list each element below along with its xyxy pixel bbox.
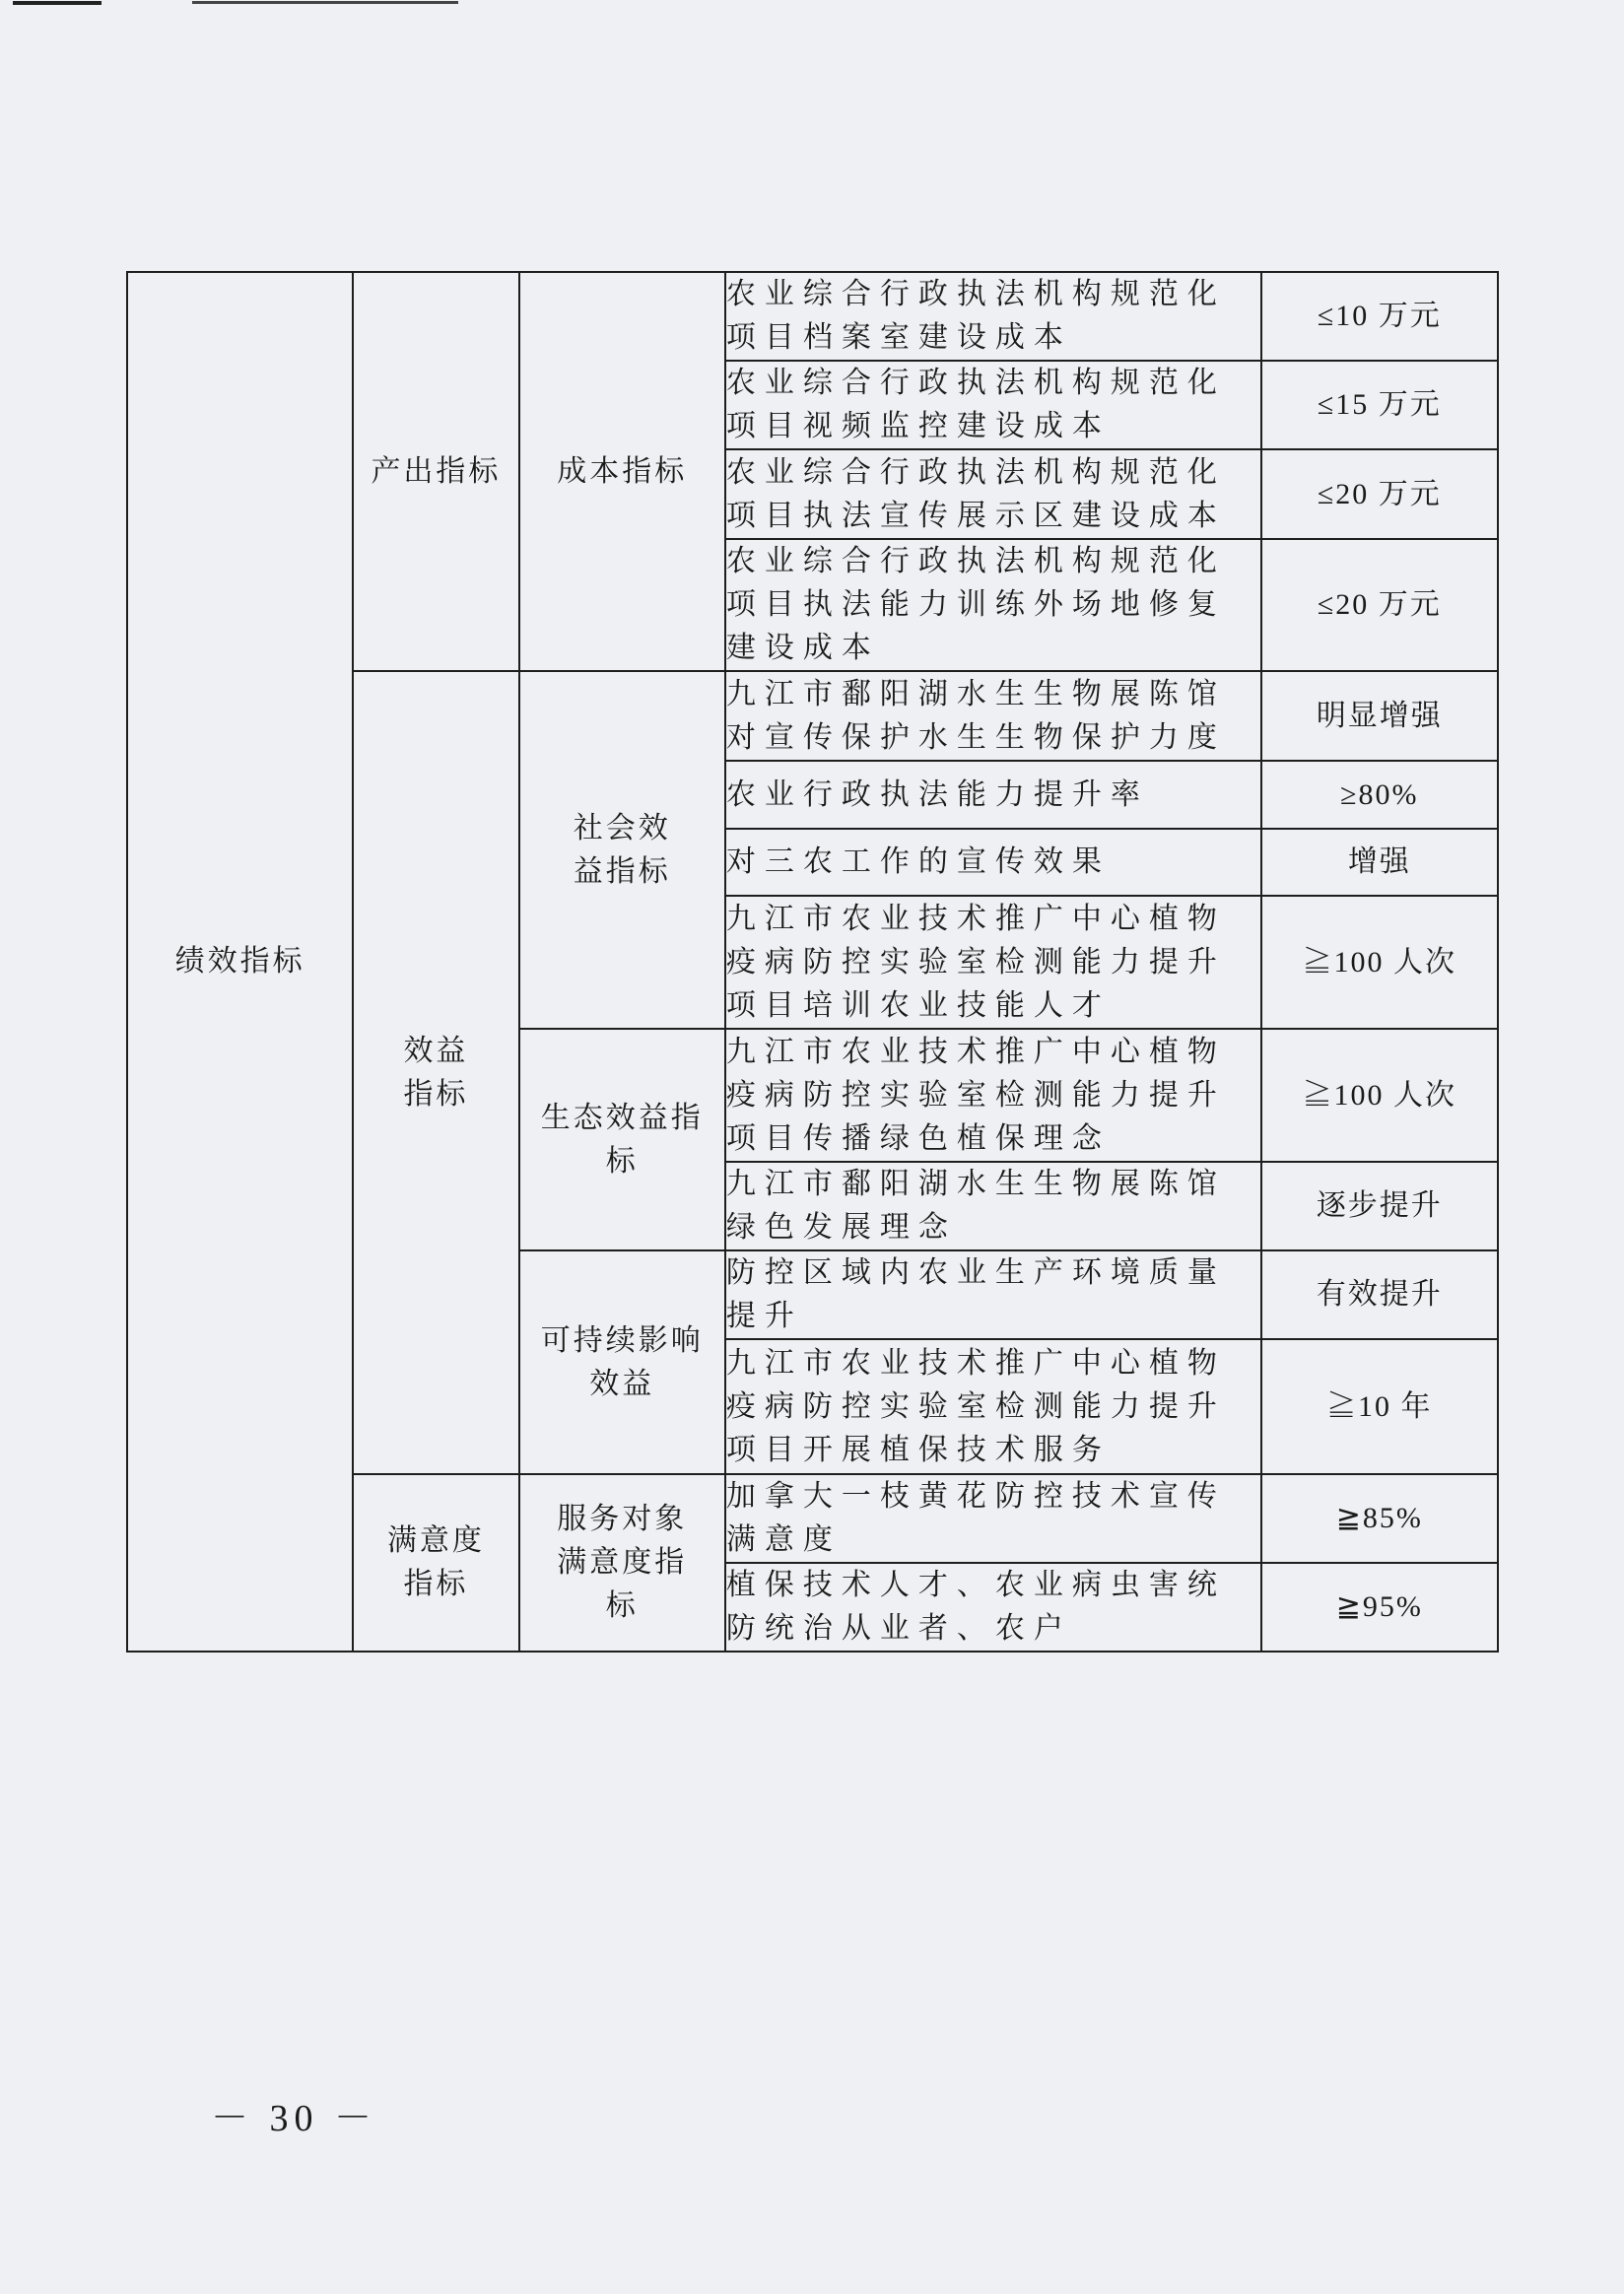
indicator-item: 农业综合行政执法机构规范化项目视频监控建设成本	[725, 361, 1261, 449]
level2-label: 满意度指标	[386, 1519, 485, 1606]
indicator-value: ≤20 万元	[1261, 539, 1498, 671]
indicator-value: 明显增强	[1261, 671, 1498, 761]
level3-cell: 成本指标	[519, 272, 725, 671]
level3-label: 服务对象满意度指标	[553, 1498, 691, 1628]
level2-cell: 产出指标	[353, 272, 518, 671]
indicator-value: ≤20 万元	[1261, 449, 1498, 539]
indicator-value: 增强	[1261, 829, 1498, 896]
indicator-value: 逐步提升	[1261, 1162, 1498, 1250]
indicator-item: 加拿大一枝黄花防控技术宣传满意度	[725, 1474, 1261, 1563]
indicator-item: 九江市农业技术推广中心植物疫病防控实验室检测能力提升项目培训农业技能人才	[725, 896, 1261, 1029]
indicator-item: 九江市鄱阳湖水生生物展陈馆对宣传保护水生生物保护力度	[725, 671, 1261, 761]
level3-cell: 可持续影响效益	[519, 1250, 725, 1474]
level3-cell: 生态效益指标	[519, 1029, 725, 1250]
indicator-item: 植保技术人才、农业病虫害统防统治从业者、农户	[725, 1563, 1261, 1652]
indicator-item: 农业行政执法能力提升率	[725, 761, 1261, 829]
indicator-value: ≥80%	[1261, 761, 1498, 829]
indicator-item: 防控区域内农业生产环境质量提升	[725, 1250, 1261, 1339]
scan-artifact-line	[192, 1, 458, 4]
indicator-value: ≤15 万元	[1261, 361, 1498, 449]
level3-label: 生态效益指标	[538, 1097, 706, 1183]
level3-cell: 服务对象满意度指标	[519, 1474, 725, 1652]
indicator-value: ≧100 人次	[1261, 896, 1498, 1029]
level3-cell: 社会效益指标	[519, 671, 725, 1029]
level3-label: 社会效益指标	[558, 807, 686, 894]
indicator-value: ≧95%	[1261, 1563, 1498, 1652]
indicator-value: 有效提升	[1261, 1250, 1498, 1339]
indicator-value: ≧10 年	[1261, 1339, 1498, 1474]
indicator-value: ≧85%	[1261, 1474, 1498, 1563]
level2-cell: 满意度指标	[353, 1474, 518, 1652]
level3-label: 可持续影响效益	[538, 1319, 706, 1406]
indicator-item: 九江市鄱阳湖水生生物展陈馆绿色发展理念	[725, 1162, 1261, 1250]
indicator-item: 农业综合行政执法机构规范化项目档案室建设成本	[725, 272, 1261, 361]
scan-artifact-line	[13, 1, 101, 5]
table-row: 绩效指标 产出指标 成本指标 农业综合行政执法机构规范化项目档案室建设成本 ≤1…	[127, 272, 1498, 361]
level2-label: 效益指标	[396, 1030, 475, 1116]
indicator-item: 九江市农业技术推广中心植物疫病防控实验室检测能力提升项目开展植保技术服务	[725, 1339, 1261, 1474]
level1-cell: 绩效指标	[127, 272, 353, 1652]
indicator-item: 对三农工作的宣传效果	[725, 829, 1261, 896]
performance-indicator-table: 绩效指标 产出指标 成本指标 农业综合行政执法机构规范化项目档案室建设成本 ≤1…	[126, 271, 1499, 1653]
indicator-item: 农业综合行政执法机构规范化项目执法能力训练外场地修复建设成本	[725, 539, 1261, 671]
level2-cell: 效益指标	[353, 671, 518, 1474]
page-number: － 30 －	[211, 2087, 377, 2141]
indicator-item: 九江市农业技术推广中心植物疫病防控实验室检测能力提升项目传播绿色植保理念	[725, 1029, 1261, 1162]
indicator-value: ≤10 万元	[1261, 272, 1498, 361]
indicator-item: 农业综合行政执法机构规范化项目执法宣传展示区建设成本	[725, 449, 1261, 539]
level1-label: 绩效指标	[175, 944, 305, 978]
indicator-value: ≧100 人次	[1261, 1029, 1498, 1162]
level2-label: 产出指标	[371, 454, 501, 489]
level3-label: 成本指标	[557, 454, 687, 489]
